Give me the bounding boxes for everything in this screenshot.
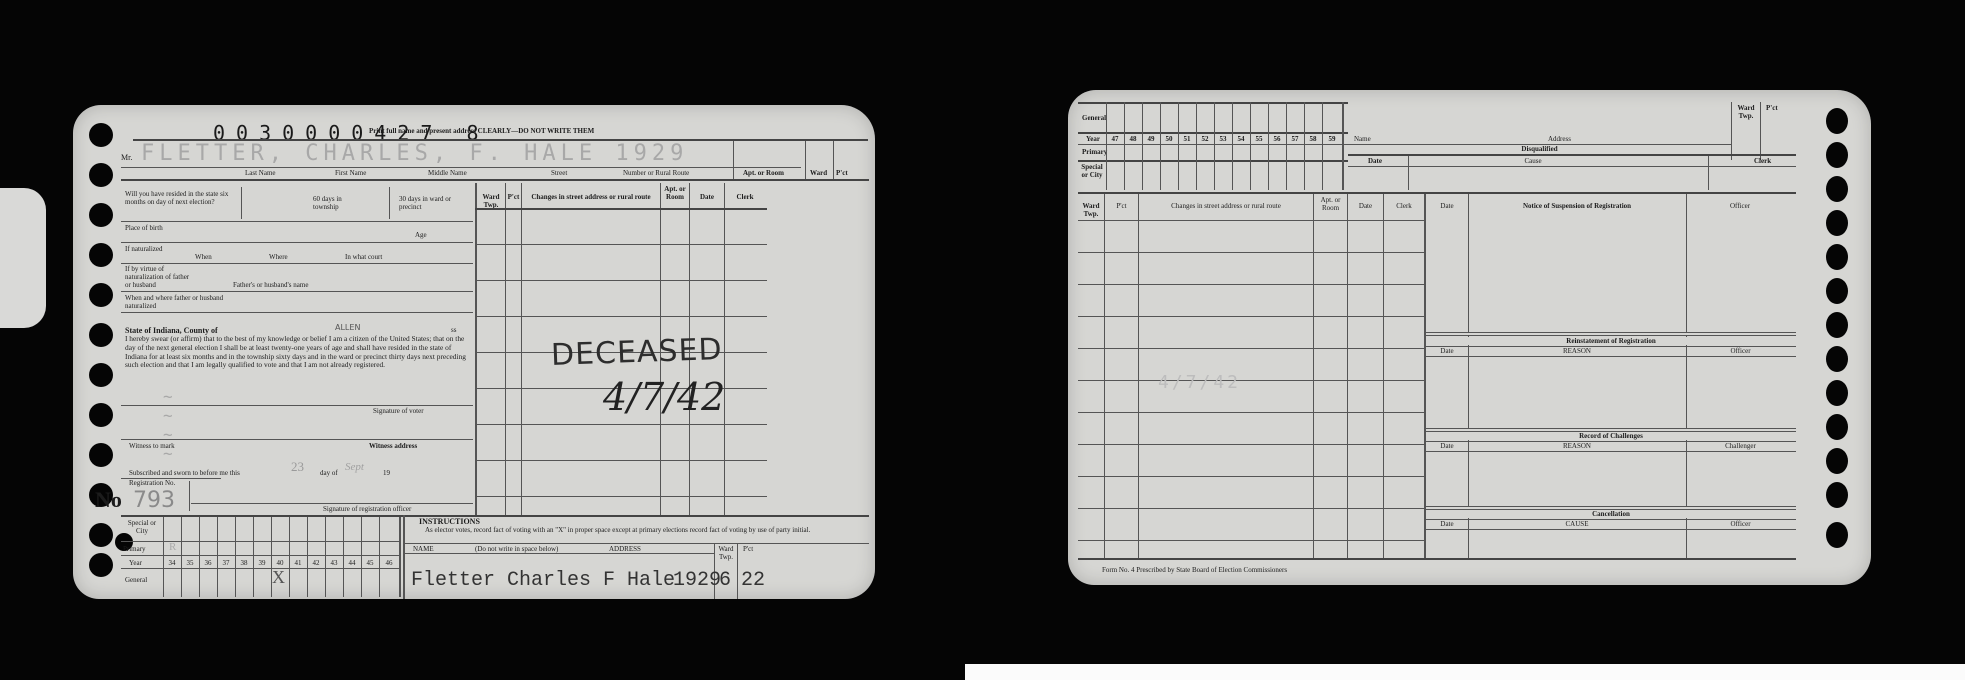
punch-hole xyxy=(1826,346,1848,372)
label-where: Where xyxy=(269,253,288,261)
typed-number: 1929 xyxy=(673,569,721,592)
label-place-of-birth: Place of birth xyxy=(125,224,165,232)
instructions-title: INSTRUCTIONS xyxy=(419,517,480,526)
label-street: Street xyxy=(551,169,567,177)
year-cell: 39 xyxy=(253,559,271,567)
label-age: Age xyxy=(415,231,427,239)
general-vote-mark: X xyxy=(272,567,285,588)
number-sign: No xyxy=(95,487,122,513)
header-changes: Changes in street address or rural route xyxy=(1140,202,1312,210)
challenges-date: Date xyxy=(1426,442,1468,450)
punch-hole xyxy=(89,283,113,307)
header-date: Date xyxy=(1348,202,1383,210)
handwritten-name-address: FLETTER, CHARLES, F. HALE 1929 xyxy=(141,141,688,166)
registration-card-front: 0030000427 8 Print full name and present… xyxy=(73,105,875,599)
label-registration-no: Registration No. xyxy=(129,479,175,487)
punch-hole xyxy=(1826,482,1848,508)
label-first-name: First Name xyxy=(335,169,366,177)
month-value: Sept xyxy=(345,463,364,472)
label-ward-twp: Ward Twp. xyxy=(1732,104,1760,120)
header-apt: Apt. or Room xyxy=(661,185,689,201)
punch-hole xyxy=(1826,176,1848,202)
header-ward-twp: Ward Twp. xyxy=(1078,202,1104,218)
strip-pct-label: P'ct xyxy=(743,545,753,553)
oath-text: I hereby swear (or affirm) that to the b… xyxy=(125,335,470,370)
year-cell: 46 xyxy=(379,559,399,567)
label-last-name: Last Name xyxy=(245,169,276,177)
label-30-days: 30 days in ward or precinct xyxy=(399,195,469,211)
reinstatement-reason: REASON xyxy=(1469,347,1685,355)
year-cell: 53 xyxy=(1214,135,1232,143)
year-cell: 41 xyxy=(289,559,307,567)
year-cell: 44 xyxy=(343,559,361,567)
label-when: When xyxy=(195,253,212,261)
header-pct: P'ct xyxy=(1105,202,1138,210)
header-date: Date xyxy=(690,193,724,201)
voter-signature-faint: ~ ~ ~ ~ xyxy=(163,387,178,463)
row-general: General xyxy=(125,576,147,584)
header-clerk: Clerk xyxy=(1384,202,1424,210)
punch-hole xyxy=(89,443,113,467)
label-subscribed: Subscribed and sworn to before me this xyxy=(129,469,240,477)
year-cell: 45 xyxy=(361,559,379,567)
punch-hole xyxy=(1826,278,1848,304)
label-when-where-father: When and where father or husband natural… xyxy=(125,294,225,310)
label-pct: P'ct xyxy=(1766,104,1778,112)
year-cell: 51 xyxy=(1178,135,1196,143)
deceased-stamp: DECEASED xyxy=(550,332,723,373)
typed-ward: 6 xyxy=(719,569,731,592)
residence-question: Will you have resided in the state six m… xyxy=(125,190,235,206)
challenges-title: Record of Challenges xyxy=(1426,432,1796,440)
punch-hole xyxy=(1826,244,1848,270)
suspension-date: Date xyxy=(1426,202,1468,210)
challenges-reason: REASON xyxy=(1469,442,1685,450)
disqualified-clerk: Clerk xyxy=(1754,157,1771,165)
punch-hole xyxy=(1826,210,1848,236)
label-middle-name: Middle Name xyxy=(428,169,467,177)
strip-ward-label: Ward Twp. xyxy=(715,545,737,561)
label-witness-mark: Witness to mark xyxy=(129,442,175,450)
strip-note: (Do not write in space below) xyxy=(475,545,558,553)
reinstatement-date: Date xyxy=(1426,347,1468,355)
year-cell: 50 xyxy=(1160,135,1178,143)
row-general: General xyxy=(1082,114,1106,122)
punch-hole xyxy=(1826,448,1848,474)
year-cell: 34 xyxy=(163,559,181,567)
year-cell: 59 xyxy=(1322,135,1342,143)
punch-hole xyxy=(1826,108,1848,134)
year-cell: 43 xyxy=(325,559,343,567)
scan-border-strip xyxy=(965,664,1965,680)
punch-hole xyxy=(89,523,113,547)
punch-hole xyxy=(1826,522,1848,548)
disqualified-date: Date xyxy=(1368,157,1382,165)
label-court: In what court xyxy=(345,253,382,261)
row-primary: Primary xyxy=(123,545,146,553)
punch-hole xyxy=(89,123,113,147)
cancellation-title: Cancellation xyxy=(1426,510,1796,518)
suspension-officer: Officer xyxy=(1686,202,1794,210)
punch-hole xyxy=(89,243,113,267)
row-special-city: Special or City xyxy=(1080,163,1104,179)
label-day-of: day of xyxy=(320,469,338,477)
punch-hole xyxy=(1826,380,1848,406)
challenges-challenger: Challenger xyxy=(1687,442,1794,450)
year-cell: 48 xyxy=(1124,135,1142,143)
year-cell: 37 xyxy=(217,559,235,567)
faint-bleedthrough: 4/7/42 xyxy=(1158,372,1241,393)
year-cell: 58 xyxy=(1304,135,1322,143)
form-footer: Form No. 4 Prescribed by State Board of … xyxy=(1102,566,1287,574)
strip-address-label: ADDRESS xyxy=(609,545,641,553)
label-number-route: Number or Rural Route xyxy=(623,169,689,177)
suspension-title: Notice of Suspension of Registration xyxy=(1468,202,1686,210)
punch-hole xyxy=(89,163,113,187)
year-cell: 42 xyxy=(307,559,325,567)
punch-hole xyxy=(1826,312,1848,338)
header-clerk: Clerk xyxy=(725,193,765,201)
label-father-name: Father's or husband's name xyxy=(233,281,308,289)
county-value: ALLEN xyxy=(335,323,360,332)
header-ward-twp: Ward Twp. xyxy=(477,193,505,209)
typed-name: Fletter Charles F Hale xyxy=(411,569,675,592)
label-address: Address xyxy=(1548,135,1571,143)
row-year: Year xyxy=(1086,135,1100,143)
year-cell: 52 xyxy=(1196,135,1214,143)
strip-name-label: NAME xyxy=(413,545,434,553)
label-naturalized: If naturalized xyxy=(125,245,165,253)
punch-hole xyxy=(89,553,113,577)
year-cell: 36 xyxy=(199,559,217,567)
cancellation-officer: Officer xyxy=(1687,520,1794,528)
label-ss: ss xyxy=(451,326,456,334)
instructions-text: As elector votes, record fact of voting … xyxy=(425,526,865,534)
label-signature-officer: Signature of registration officer xyxy=(323,505,411,513)
header-pct: P'ct xyxy=(506,193,521,201)
cancellation-date: Date xyxy=(1426,520,1468,528)
year-cell: 40 xyxy=(271,559,289,567)
year-cell: 49 xyxy=(1142,135,1160,143)
registration-number: 793 xyxy=(133,488,175,513)
label-signature-voter: Signature of voter xyxy=(373,407,424,415)
year-cell: 47 xyxy=(1106,135,1124,143)
header-changes: Changes in street address or rural route xyxy=(523,193,659,201)
label-pct: P'ct xyxy=(836,169,848,177)
punch-hole xyxy=(89,323,113,347)
year-cell: 35 xyxy=(181,559,199,567)
reinstatement-title: Reinstatement of Registration xyxy=(1426,337,1796,345)
year-suffix: 19 xyxy=(383,469,390,477)
cancellation-cause: CAUSE xyxy=(1469,520,1685,528)
death-date-handwritten: 4/7/42 xyxy=(603,375,725,419)
typed-pct: 22 xyxy=(741,569,765,592)
row-year: Year xyxy=(129,559,142,567)
primary-initial-faint: R xyxy=(169,541,176,553)
punch-hole xyxy=(1826,142,1848,168)
year-cell: 57 xyxy=(1286,135,1304,143)
reinstatement-officer: Officer xyxy=(1687,347,1794,355)
label-60-days: 60 days in township xyxy=(313,195,368,211)
header-instruction: Print full name and present address CLEA… xyxy=(369,127,594,135)
label-witness-address: Witness address xyxy=(369,442,417,450)
year-cell: 54 xyxy=(1232,135,1250,143)
label-apt-room: Apt. or Room xyxy=(743,169,784,177)
punch-hole xyxy=(1826,414,1848,440)
disqualified-cause: Cause xyxy=(1408,157,1658,165)
punch-hole xyxy=(89,203,113,227)
prefix-mr: Mr. xyxy=(121,153,132,162)
year-cell: 38 xyxy=(235,559,253,567)
label-name: Name xyxy=(1354,135,1371,143)
registration-card-back: General Year Primary Special or City 47 … xyxy=(1068,90,1871,585)
label-ward: Ward xyxy=(810,169,827,177)
punch-hole xyxy=(89,403,113,427)
disqualified-title: Disqualified xyxy=(1348,145,1731,153)
year-cell: 56 xyxy=(1268,135,1286,143)
scanner-edge-artifact xyxy=(0,188,46,328)
label-by-virtue: If by virtue of naturalization of father… xyxy=(125,265,195,289)
header-apt: Apt. or Room xyxy=(1314,196,1347,212)
row-primary: Primary xyxy=(1082,148,1107,156)
day-value: 23 xyxy=(291,462,304,471)
punch-hole xyxy=(89,363,113,387)
year-cell: 55 xyxy=(1250,135,1268,143)
row-special-city: Special or City xyxy=(123,519,161,535)
